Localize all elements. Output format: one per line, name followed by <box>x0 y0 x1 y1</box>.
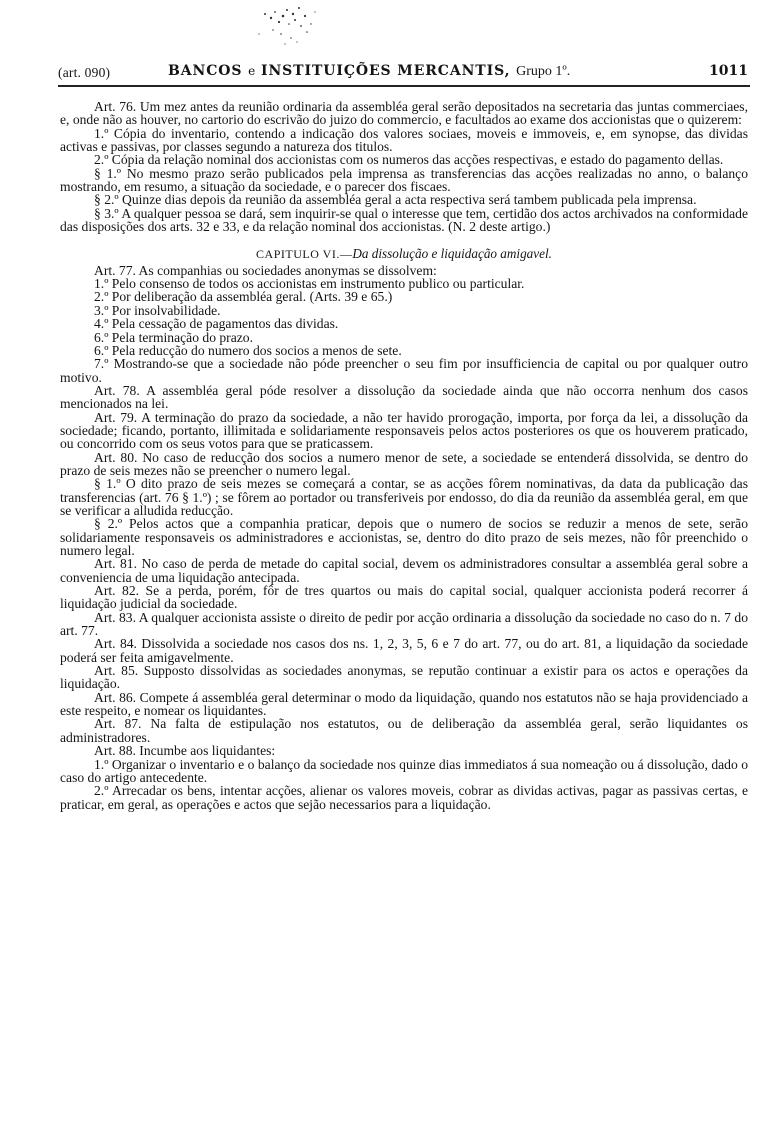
running-title: BANCOS e INSTITUIÇÕES MERCANTIS, Grupo 1… <box>168 63 570 80</box>
list-item: 4.º Pela cessação de pagamentos das divi… <box>60 317 748 330</box>
paragraph: Art. 85. Supposto dissolvidas as socieda… <box>60 664 748 691</box>
paragraph: Art. 84. Dissolvida a sociedade nos caso… <box>60 637 748 664</box>
paragraph: 7.º Mostrando-se que a sociedade não pód… <box>60 357 748 384</box>
paragraph: Art. 81. No caso de perda de metade do c… <box>60 557 748 584</box>
ink-smudge-decoration <box>245 4 365 52</box>
paragraph: § 2.º Pelos actos que a companhia pratic… <box>60 517 748 557</box>
list-item: 6.º Pela reducção do numero dos socios a… <box>60 344 748 357</box>
chapter-heading: CAPITULO VI.—Da dissolução e liquidação … <box>60 247 748 261</box>
header-rule <box>58 85 750 87</box>
title-part-2: INSTITUIÇÕES MERCANTIS, <box>261 63 510 79</box>
paragraph: Art. 80. No caso de reducção dos socios … <box>60 451 748 478</box>
page-body: Art. 76. Um mez antes da reunião ordinar… <box>60 100 748 811</box>
paragraph: Art. 76. Um mez antes da reunião ordinar… <box>60 100 748 127</box>
running-head: (art. 090) BANCOS e INSTITUIÇÕES MERCANT… <box>58 63 750 81</box>
paragraph: Art. 87. Na falta de estipulação nos est… <box>60 717 748 744</box>
list-item: 2.º Por deliberação da assembléa geral. … <box>60 290 748 303</box>
list-item: 6.º Pela terminação do prazo. <box>60 331 748 344</box>
paragraph: Art. 77. As companhias ou sociedades ano… <box>60 264 748 277</box>
group-label: Grupo 1º. <box>516 64 570 79</box>
paragraph: Art. 79. A terminação do prazo da socied… <box>60 411 748 451</box>
list-item: 3.º Por insolvabilidade. <box>60 304 748 317</box>
paragraph: Art. 86. Compete á assembléa geral deter… <box>60 691 748 718</box>
paragraph: § 3.º A qualquer pessoa se dará, sem inq… <box>60 207 748 234</box>
paragraph: 2.º Cópia da relação nominal dos accioni… <box>60 153 748 166</box>
paragraph: Art. 88. Incumbe aos liquidantes: <box>60 744 748 757</box>
paragraph: § 2.º Quinze dias depois da reunião da a… <box>60 193 748 206</box>
page-number: 1011 <box>709 63 748 79</box>
title-part-1: BANCOS <box>168 63 242 79</box>
paragraph: 1.º Cópia do inventario, contendo a indi… <box>60 127 748 154</box>
paragraph: Art. 82. Se a perda, porém, fôr de tres … <box>60 584 748 611</box>
paragraph: Art. 83. A qualquer accionista assiste o… <box>60 611 748 638</box>
article-reference: (art. 090) <box>58 65 110 81</box>
list-item: 1.º Pelo consenso de todos os accionista… <box>60 277 748 290</box>
chapter-label: CAPITULO VI.— <box>256 247 352 261</box>
title-conjunction: e <box>248 64 255 78</box>
chapter-title: Da dissolução e liquidação amigavel. <box>352 246 552 261</box>
paragraph: § 1.º No mesmo prazo serão publicados pe… <box>60 167 748 194</box>
paragraph: Art. 78. A assembléa geral póde resolver… <box>60 384 748 411</box>
paragraph: § 1.º O dito prazo de seis mezes se come… <box>60 477 748 517</box>
paragraph: 1.º Organizar o inventario e o balanço d… <box>60 758 748 785</box>
paragraph: 2.º Arrecadar os bens, intentar acções, … <box>60 784 748 811</box>
